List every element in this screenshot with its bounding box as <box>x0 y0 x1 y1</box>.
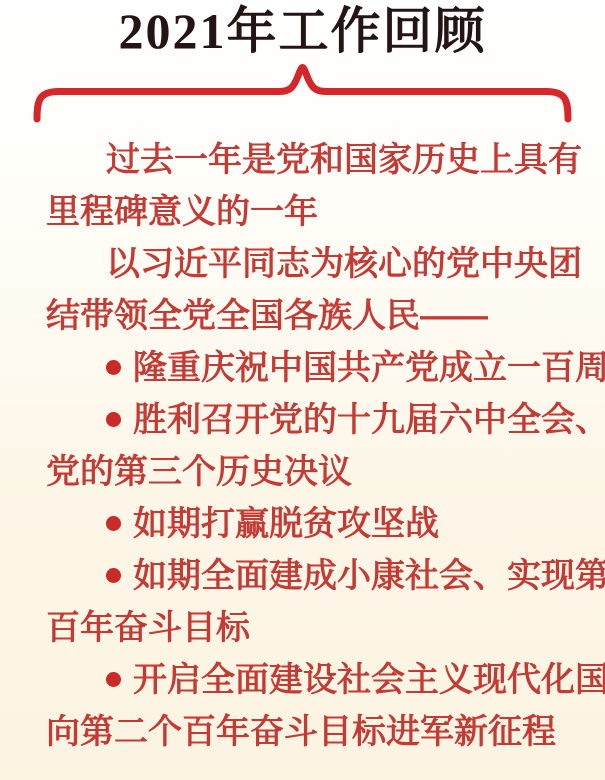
text-line: 胜利召开党的十九届六中全会、制定 <box>46 394 559 446</box>
bullet-dot-icon <box>106 568 121 583</box>
page-title: 2021年工作回顾 <box>0 0 605 62</box>
text-line: 向第二个百年奋斗目标进军新征程 <box>46 706 559 758</box>
text-line: 隆重庆祝中国共产党成立一百周年 <box>46 342 559 394</box>
body-text: 过去一年是党和国家历史上具有里程碑意义的一年以习近平同志为核心的党中央团结带领全… <box>0 134 605 758</box>
text-line: 如期全面建成小康社会、实现第一个 <box>46 550 559 602</box>
bullet-dot-icon <box>106 516 121 531</box>
bullet-text: 如期打赢脱贫攻坚战 <box>133 505 439 543</box>
text-line: 百年奋斗目标 <box>46 602 559 654</box>
bullet-dot-icon <box>106 672 121 687</box>
bullet-text: 开启全面建设社会主义现代化国家、 <box>133 661 605 699</box>
text-line: 如期打赢脱贫攻坚战 <box>46 498 559 550</box>
bullet-text: 隆重庆祝中国共产党成立一百周年 <box>133 349 605 387</box>
bullet-dot-icon <box>106 412 121 427</box>
bullet-text: 胜利召开党的十九届六中全会、制定 <box>133 401 605 439</box>
brace-icon <box>0 55 605 125</box>
infographic-page: { "page": { "title": "2021年工作回顾", "color… <box>0 0 605 780</box>
text-line: 党的第三个历史决议 <box>46 446 559 498</box>
text-line: 过去一年是党和国家历史上具有 <box>46 134 559 186</box>
text-line: 以习近平同志为核心的党中央团 <box>46 238 559 290</box>
text-line: 里程碑意义的一年 <box>46 186 559 238</box>
bullet-text: 如期全面建成小康社会、实现第一个 <box>133 557 605 595</box>
bullet-dot-icon <box>106 360 121 375</box>
text-line: 开启全面建设社会主义现代化国家、 <box>46 654 559 706</box>
text-line: 结带领全党全国各族人民—— <box>46 290 559 342</box>
